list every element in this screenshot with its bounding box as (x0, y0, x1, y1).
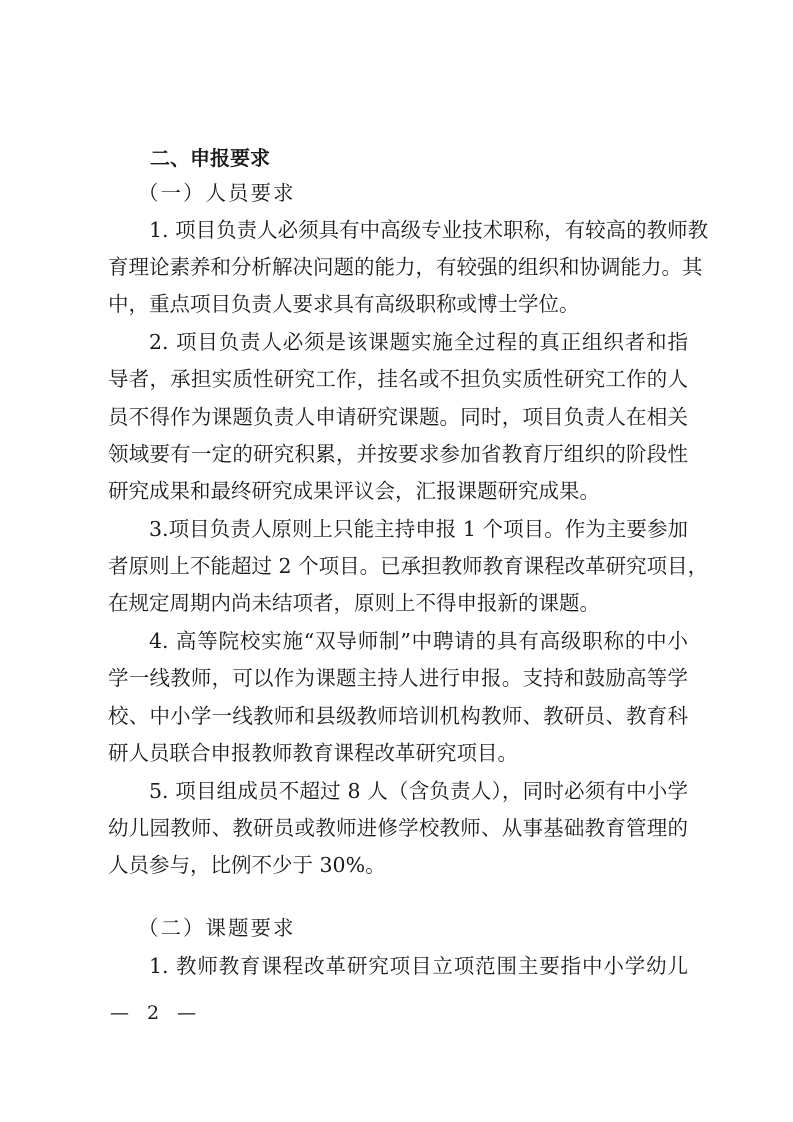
paragraph-line: 研究成果和最终研究成果评议会，汇报课题研究成果。 (108, 476, 688, 506)
paragraph-line: 育理论素养和分析解决问题的能力，有较强的组织和协调能力。其 (108, 252, 688, 282)
paragraph-line: 人员参与，比例不少于 30%。 (108, 850, 688, 880)
paragraph-line: 领域要有一定的研究积累，并按要求参加省教育厅组织的阶段性 (108, 439, 688, 469)
paragraph-line: 3.项目负责人原则上只能主持申报 1 个项目。作为主要参加 (149, 514, 688, 544)
paragraph-line: 研人员联合申报教师教育课程改革研究项目。 (108, 738, 688, 768)
paragraph-line: 员不得作为课题负责人申请研究课题。同时，项目负责人在相关 (108, 402, 688, 432)
paragraph-line: 幼儿园教师、教研员或教师进修学校教师、从事基础教育管理的 (108, 813, 688, 843)
paragraph-line: 1. 项目负责人必须具有中高级专业技术职称，有较高的教师教 (149, 215, 688, 245)
subsection-title-topics: （二）课题要求 (138, 913, 296, 943)
section-heading: 二、申报要求 (150, 143, 270, 173)
paragraph-line: 5. 项目组成员不超过 8 人（含负责人），同时必须有中小学 (149, 776, 688, 806)
paragraph-line: 1. 教师教育课程改革研究项目立项范围主要指中小学幼儿 (149, 951, 688, 981)
paragraph-line: 学一线教师，可以作为课题主持人进行申报。支持和鼓励高等学 (108, 663, 688, 693)
page-number: — 2 — (110, 1002, 202, 1024)
paragraph-line: 校、中小学一线教师和县级教师培训机构教师、教研员、教育科 (108, 701, 688, 731)
paragraph-line: 者原则上不能超过 2 个项目。已承担教师教育课程改革研究项目， (108, 551, 688, 581)
subsection-title-personnel: （一）人员要求 (138, 178, 296, 208)
paragraph-line: 2. 项目负责人必须是该课题实施全过程的真正组织者和指 (149, 327, 688, 357)
paragraph-line: 中，重点项目负责人要求具有高级职称或博士学位。 (108, 289, 688, 319)
document-page: 二、申报要求 （一）人员要求 1. 项目负责人必须具有中高级专业技术职称，有较高… (0, 0, 793, 1122)
paragraph-line: 导者，承担实质性研究工作，挂名或不担负实质性研究工作的人 (108, 364, 688, 394)
paragraph-line: 4. 高等院校实施“双导师制”中聘请的具有高级职称的中小 (149, 626, 688, 656)
paragraph-line: 在规定周期内尚未结项者，原则上不得申报新的课题。 (108, 588, 688, 618)
